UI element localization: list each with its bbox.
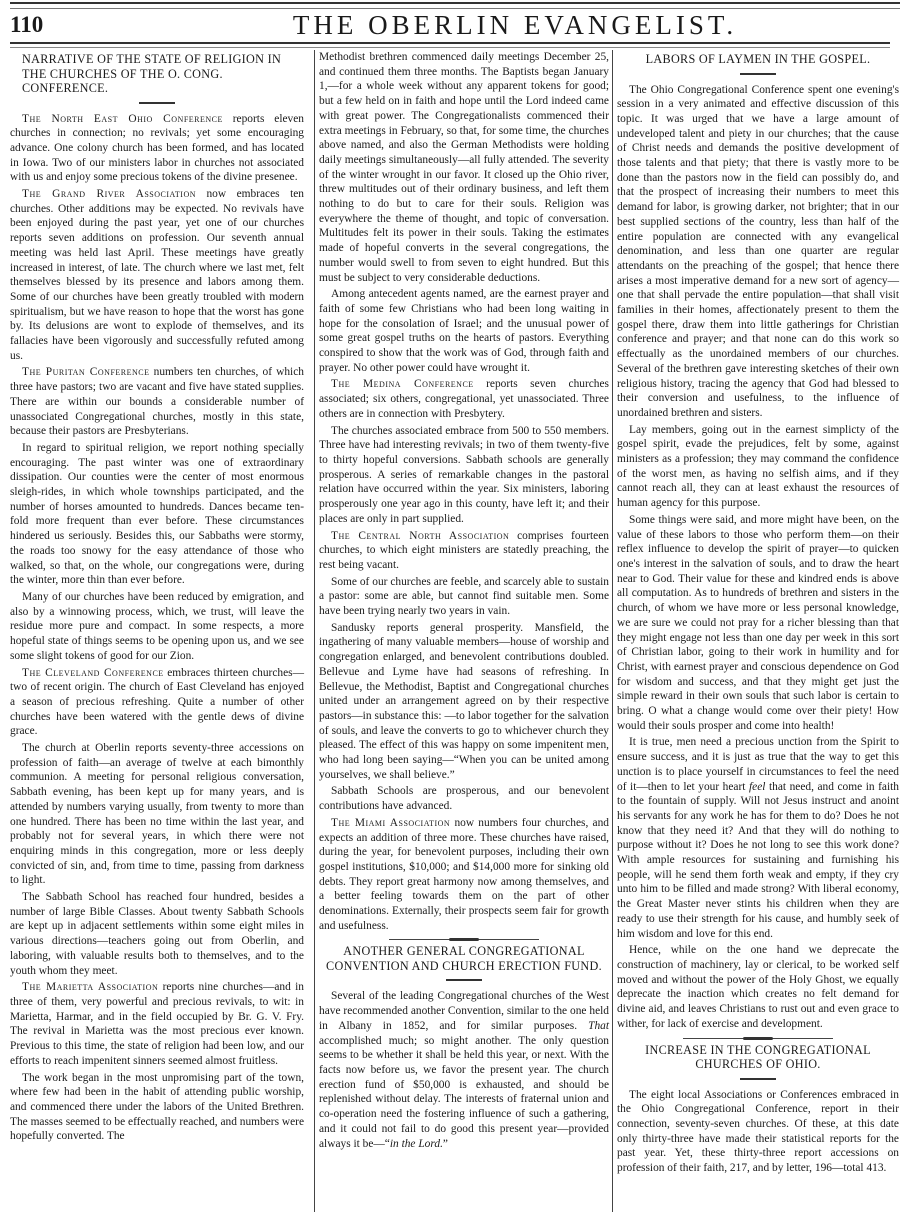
text: Lay members, going out in the earnest si…: [617, 424, 899, 510]
column-1: NARRATIVE OF THE STATE OF RELIGION IN TH…: [10, 50, 304, 1212]
small-caps-lead: The Central North Association: [331, 530, 509, 542]
paragraph: The Marietta Association reports nine ch…: [10, 980, 304, 1068]
article-body: The Ohio Congregational Conference spent…: [617, 83, 899, 734]
paragraph: Among antecedent agents named, are the e…: [319, 287, 609, 375]
divider: [740, 1078, 776, 1080]
masthead: 110 THE OBERLIN EVANGELIST.: [10, 8, 890, 38]
text: accomplished much; so might another. The…: [319, 1035, 609, 1150]
paragraph: The church at Oberlin reports seventy-th…: [10, 741, 304, 888]
paragraph: The North East Ohio Conference reports e…: [10, 112, 304, 186]
text: Some of our churches are feeble, and sca…: [319, 576, 609, 617]
column-3: LABORS OF LAYMEN IN THE GOSPEL. The Ohio…: [612, 50, 899, 1212]
paragraph: Many of our churches have been reduced b…: [10, 590, 304, 664]
paragraph: In regard to spiritual religion, we repo…: [10, 441, 304, 588]
paragraph: The Cleveland Conference embraces thirte…: [10, 666, 304, 740]
section-divider: [683, 1038, 833, 1039]
column-2: Methodist brethren commenced daily meeti…: [314, 50, 609, 1212]
paragraph: The Miami Association now numbers four c…: [319, 816, 609, 934]
article-body: Methodist brethren commenced daily meeti…: [319, 50, 609, 933]
text: Among antecedent agents named, are the e…: [319, 288, 609, 374]
paragraph: Sandusky reports general prosperity. Man…: [319, 621, 609, 783]
divider: [139, 102, 175, 104]
paragraph: Lay members, going out in the earnest si…: [617, 423, 899, 511]
small-caps-lead: The Grand River Association: [22, 188, 196, 200]
paragraph: The work began in the most unpromising p…: [10, 1071, 304, 1145]
small-caps-lead: The Medina Conference: [331, 378, 474, 390]
article-headline: NARRATIVE OF THE STATE OF RELIGION IN TH…: [10, 52, 304, 96]
text: ”: [443, 1138, 448, 1150]
text: The Ohio Congregational Conference spent…: [617, 84, 899, 419]
paragraph: The Grand River Association now embraces…: [10, 187, 304, 363]
small-caps-lead: The Cleveland Conference: [22, 667, 164, 679]
text: Sabbath Schools are prosperous, and our …: [319, 785, 609, 812]
paragraph: The eight local Associations or Conferen…: [617, 1088, 899, 1176]
small-caps-lead: The Puritan Conference: [22, 366, 150, 378]
page-number: 110: [10, 12, 43, 38]
italic-text: in the Lord.: [390, 1138, 443, 1150]
text: The churches associated embrace from 500…: [319, 425, 609, 525]
text: The work began in the most unpromising p…: [10, 1072, 304, 1143]
divider: [446, 979, 482, 981]
text: The church at Oberlin reports seventy-th…: [10, 742, 304, 886]
article-body: The North East Ohio Conference reports e…: [10, 112, 304, 1145]
text: In regard to spiritual religion, we repo…: [10, 442, 304, 586]
paragraph: Methodist brethren commenced daily meeti…: [319, 50, 609, 285]
text: that need, and come in faith to the foun…: [617, 781, 899, 940]
paragraph: The churches associated embrace from 500…: [319, 424, 609, 527]
paragraph: The Central North Association comprises …: [319, 529, 609, 573]
divider: [740, 73, 776, 75]
paragraph: The Puritan Conference numbers ten churc…: [10, 365, 304, 439]
paragraph: The Medina Conference reports seven chur…: [319, 377, 609, 421]
text: Sandusky reports general prosperity. Man…: [319, 622, 609, 781]
text: reports nine churches—and in three of th…: [10, 981, 304, 1067]
italic-text: feel: [749, 781, 765, 793]
masthead-rule: [10, 42, 890, 48]
article-headline: INCREASE IN THE CONGREGATIONAL CHURCHES …: [617, 1043, 899, 1072]
text: now numbers four churches, and expects a…: [319, 817, 609, 932]
paragraph: Some of our churches are feeble, and sca…: [319, 575, 609, 619]
paragraph: The Sabbath School has reached four hund…: [10, 890, 304, 978]
text: Some things were said, and more might ha…: [617, 514, 899, 732]
newspaper-title: THE OBERLIN EVANGELIST.: [140, 10, 890, 41]
paragraph: It is true, men need a precious unction …: [617, 735, 899, 941]
paragraph: Sabbath Schools are prosperous, and our …: [319, 784, 609, 813]
text: Methodist brethren commenced daily meeti…: [319, 51, 609, 284]
paragraph: Some things were said, and more might ha…: [617, 513, 899, 734]
small-caps-lead: The North East Ohio Conference: [22, 113, 223, 125]
italic-text: That: [588, 1020, 609, 1032]
section-divider: [389, 939, 539, 940]
text: Many of our churches have been reduced b…: [10, 591, 304, 662]
article-headline: LABORS OF LAYMEN IN THE GOSPEL.: [617, 52, 899, 67]
text: Several of the leading Congregational ch…: [319, 990, 609, 1031]
small-caps-lead: The Marietta Association: [22, 981, 158, 993]
paragraph: Several of the leading Congregational ch…: [319, 989, 609, 1151]
text: now embraces ten churches. Other additio…: [10, 188, 304, 362]
paragraph: Hence, while on the one hand we deprecat…: [617, 943, 899, 1031]
small-caps-lead: The Miami Association: [331, 817, 450, 829]
text: The Sabbath School has reached four hund…: [10, 891, 304, 977]
article-headline: ANOTHER GENERAL CONGREGATIONAL CONVENTIO…: [319, 944, 609, 973]
paragraph: The Ohio Congregational Conference spent…: [617, 83, 899, 421]
